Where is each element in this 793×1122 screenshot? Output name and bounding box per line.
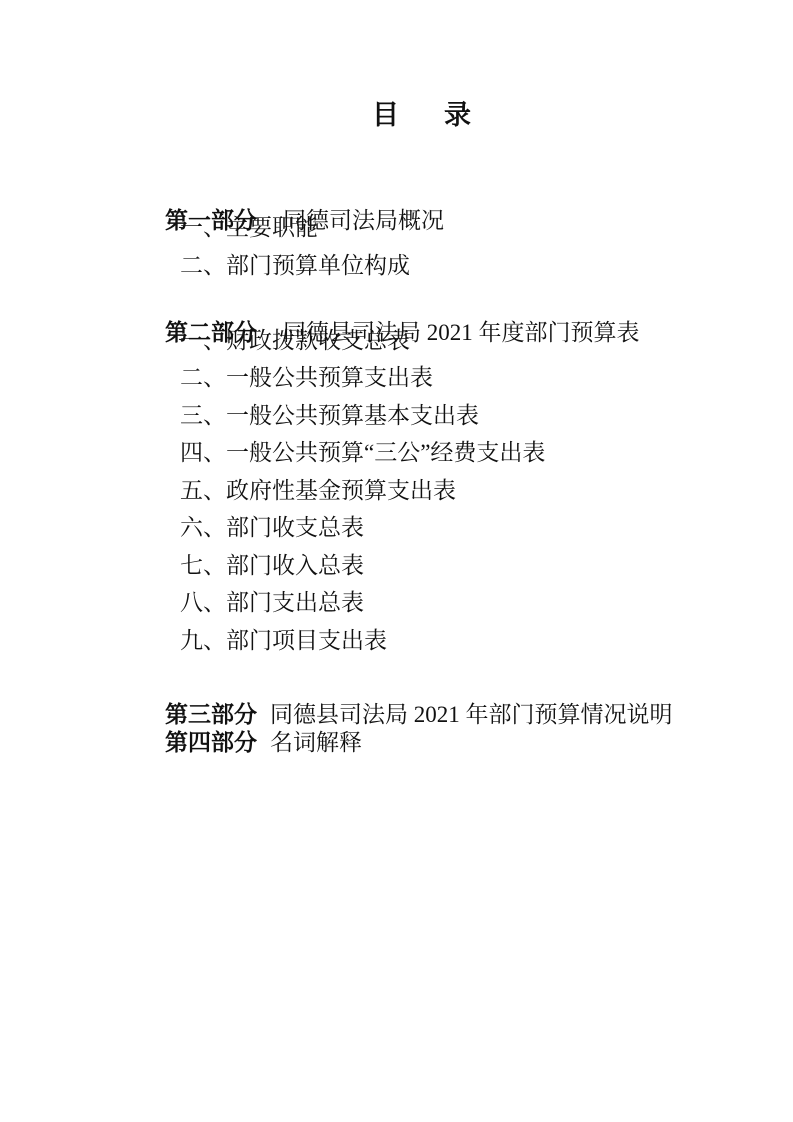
page-title: 目 录 xyxy=(372,100,480,130)
toc-part-2-item-7: 七、部门收入总表 xyxy=(180,551,364,581)
toc-part-2-item-6: 六、部门收支总表 xyxy=(180,513,364,543)
toc-part-2-item-4: 四、一般公共预算“三公”经费支出表 xyxy=(180,438,545,468)
toc-part-2-item-9: 九、部门项目支出表 xyxy=(180,626,387,656)
toc-part-2-item-2: 二、一般公共预算支出表 xyxy=(180,363,433,393)
toc-part-4-heading: 第四部分名词解释 xyxy=(142,698,362,788)
toc-part-2-item-3: 三、一般公共预算基本支出表 xyxy=(180,401,479,431)
toc-part-4-title: 名词解释 xyxy=(270,730,362,755)
toc-part-1-item-2: 二、部门预算单位构成 xyxy=(180,251,410,281)
document-page: 目 录 第一部分同德司法局概况 一、主要职能 二、部门预算单位构成 第二部分同德… xyxy=(0,0,793,1122)
toc-part-2-item-8: 八、部门支出总表 xyxy=(180,588,364,618)
toc-part-4-label: 第四部分 xyxy=(165,730,257,755)
toc-part-2-item-1: 一、财政拨款收支总表 xyxy=(180,326,410,356)
toc-part-2-item-5: 五、政府性基金预算支出表 xyxy=(180,476,456,506)
toc-part-1-item-1: 一、主要职能 xyxy=(180,213,318,243)
